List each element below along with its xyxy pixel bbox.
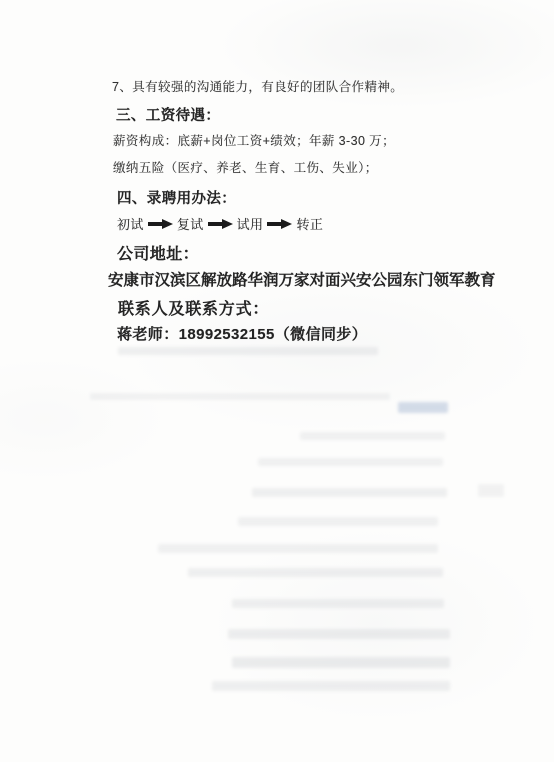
company-address-label: 公司地址： xyxy=(117,241,199,264)
right-arrow-icon xyxy=(267,219,292,229)
hiring-process-flow: 初试 复试 试用 转正 xyxy=(117,214,323,233)
salary-section-heading: 三、工资待遇： xyxy=(116,104,220,125)
insurance-line: 缴纳五险（医疗、养老、生育、工伤、失业）； xyxy=(113,158,378,176)
flow-step-full-employment: 转正 xyxy=(296,214,323,233)
flow-step-initial-interview: 初试 xyxy=(117,214,144,233)
right-arrow-icon xyxy=(208,219,233,229)
right-arrow-icon xyxy=(148,219,173,229)
scanned-document-page: 7、具有较强的沟通能力，有良好的团队合作精神。 三、工资待遇： 薪资构成：底薪+… xyxy=(0,0,554,762)
contact-info: 蒋老师：18992532155（微信同步） xyxy=(117,323,367,344)
flow-step-second-interview: 复试 xyxy=(177,214,204,233)
contact-label: 联系人及联系方式： xyxy=(118,296,269,319)
salary-structure-line: 薪资构成：底薪+岗位工资+绩效；年薪 3-30 万； xyxy=(113,131,395,149)
requirement-item-7: 7、具有较强的沟通能力，有良好的团队合作精神。 xyxy=(112,77,403,95)
company-address: 安康市汉滨区解放路华润万家对面兴安公园东门领军教育 xyxy=(108,268,496,290)
flow-step-probation: 试用 xyxy=(237,214,264,233)
hiring-section-heading: 四、录聘用办法： xyxy=(117,187,236,208)
